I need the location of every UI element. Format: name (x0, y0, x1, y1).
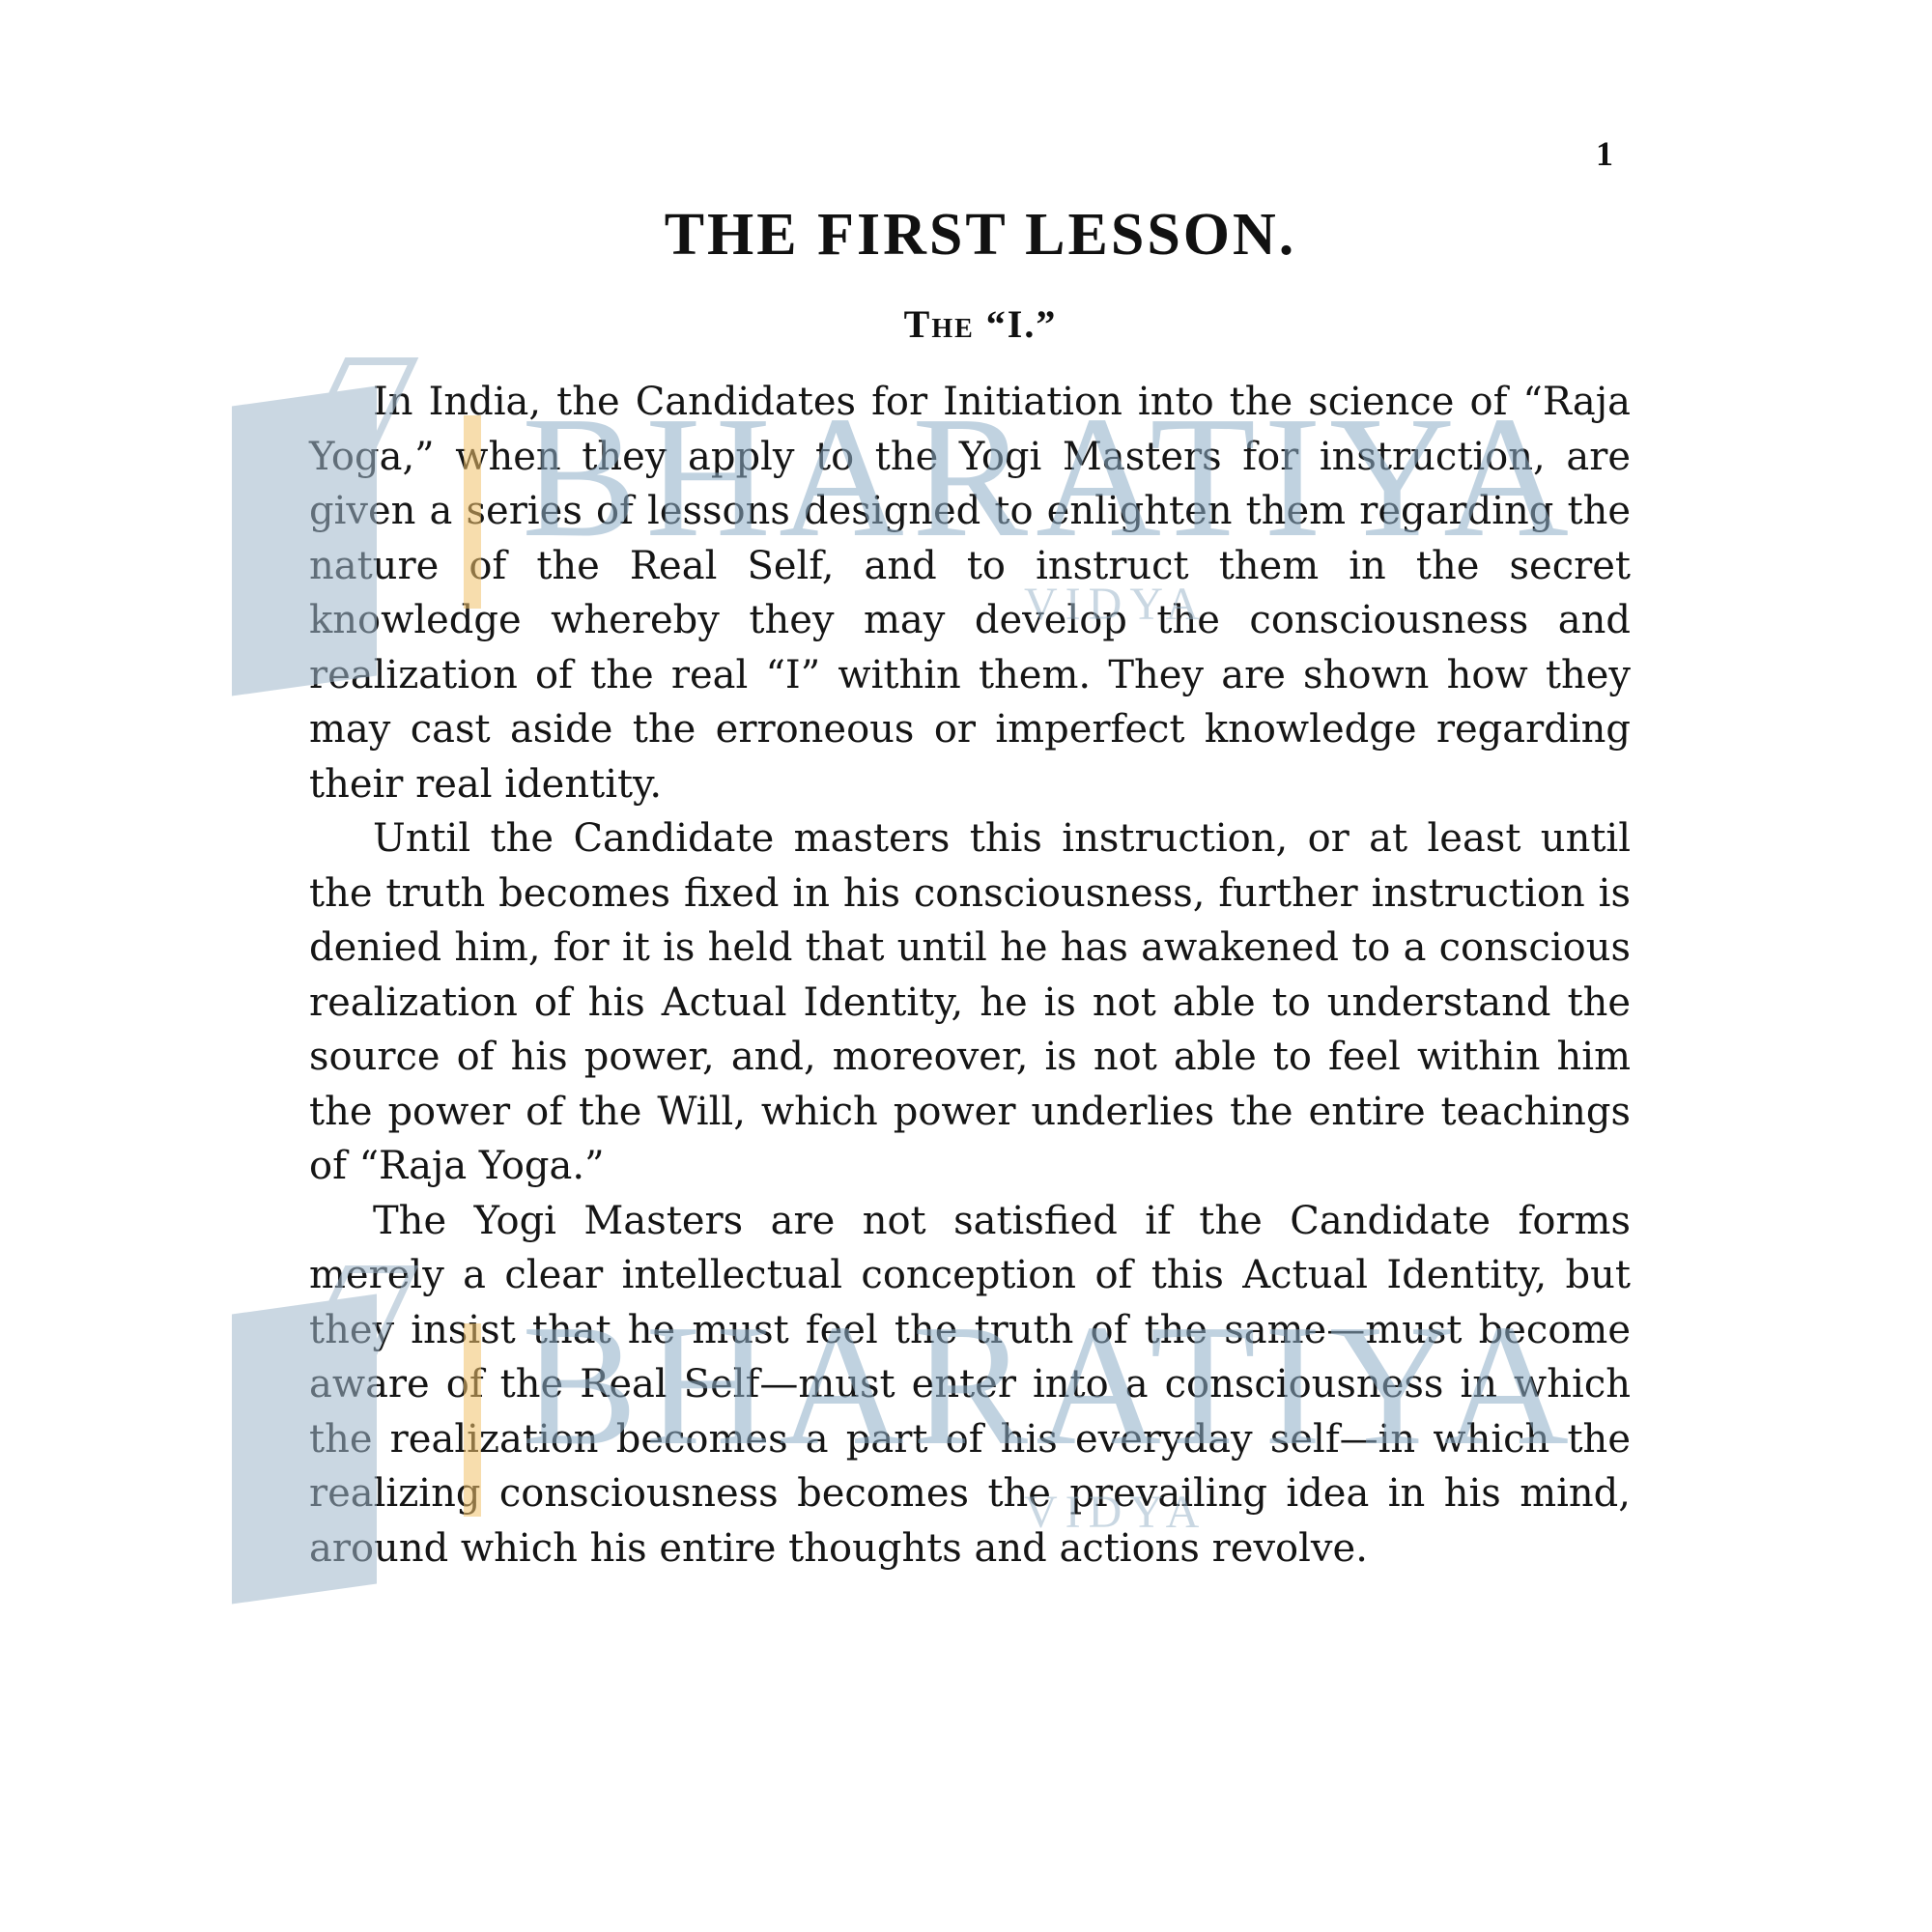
body-text: In India, the Candidates for Initiation … (309, 375, 1631, 1576)
paragraph-2: Until the Candidate masters this instruc… (309, 811, 1631, 1194)
paragraph-1: In India, the Candidates for Initiation … (309, 375, 1631, 811)
lesson-subtitle: The “I.” (0, 301, 1932, 347)
paragraph-3: The Yogi Masters are not satisfied if th… (309, 1194, 1631, 1577)
document-page: 1 THE FIRST LESSON. The “I.” In India, t… (0, 0, 1932, 1932)
lesson-title: THE FIRST LESSON. (0, 201, 1932, 270)
page-number: 1 (1596, 133, 1613, 174)
